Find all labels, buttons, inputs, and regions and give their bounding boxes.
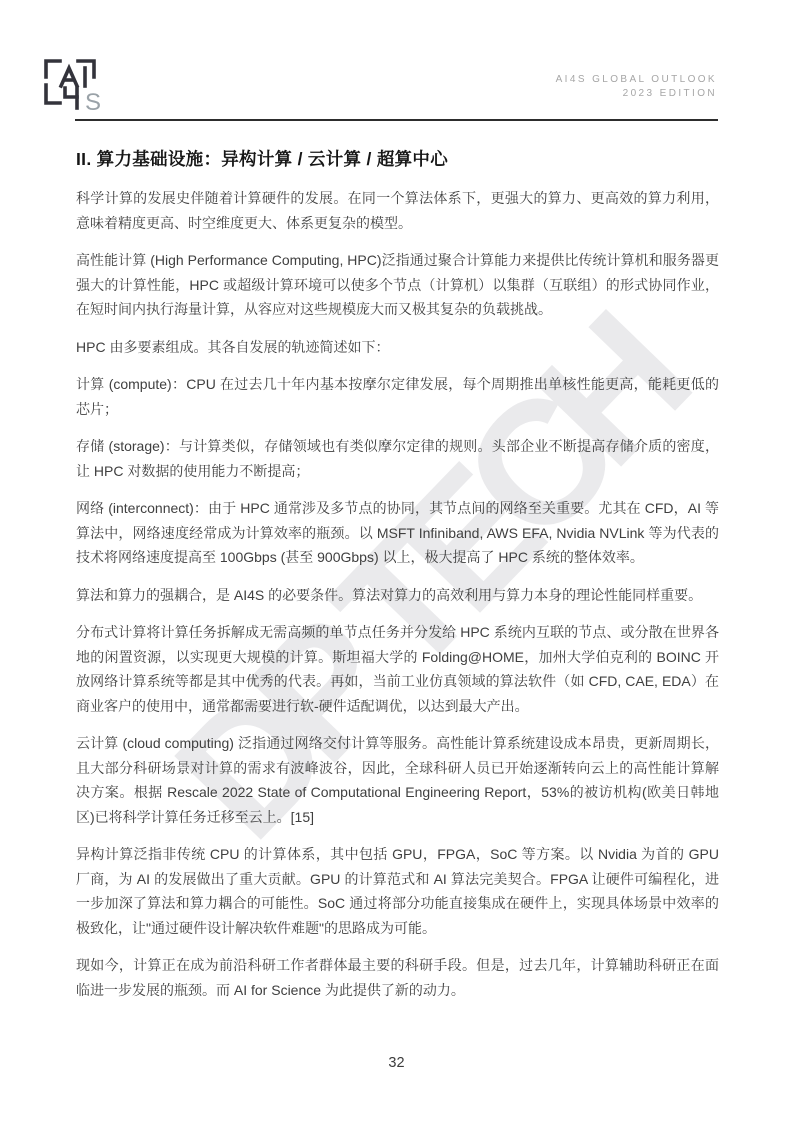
svg-text:S: S <box>85 89 101 111</box>
header-divider <box>75 119 718 121</box>
paragraph: 计算 (compute)：CPU 在过去几十年内基本按摩尔定律发展，每个周期推出… <box>76 372 719 421</box>
paragraph: 高性能计算 (High Performance Computing, HPC)泛… <box>76 248 719 322</box>
paragraph: 存储 (storage)：与计算类似，存储领域也有类似摩尔定律的规则。头部企业不… <box>76 434 719 483</box>
paragraph: 分布式计算将计算任务拆解成无需高频的单节点任务并分发给 HPC 系统内互联的节点… <box>76 620 719 718</box>
paragraph: 算法和算力的强耦合，是 AI4S 的必要条件。算法对算力的高效利用与算力本身的理… <box>76 583 719 608</box>
section-title: II. 算力基础设施：异构计算 / 云计算 / 超算中心 <box>76 146 721 171</box>
page-number: 32 <box>0 1055 793 1071</box>
paragraph: 科学计算的发展史伴随着计算硬件的发展。在同一个算法体系下，更强大的算力、更高效的… <box>76 186 719 235</box>
header-edition-label: 2023 EDITION <box>556 87 717 101</box>
document-page: DP TECH S AI4S GLOBAL OUTLOOK 2023 EDITI… <box>0 0 793 1122</box>
header-meta: AI4S GLOBAL OUTLOOK 2023 EDITION <box>556 73 717 101</box>
paragraph: HPC 由多要素组成。其各自发展的轨迹简述如下： <box>76 335 719 360</box>
paragraph: 异构计算泛指非传统 CPU 的计算体系，其中包括 GPU，FPGA，SoC 等方… <box>76 842 719 940</box>
paragraph: 网络 (interconnect)：由于 HPC 通常涉及多节点的协同，其节点间… <box>76 496 719 570</box>
header-outlook-label: AI4S GLOBAL OUTLOOK <box>556 73 717 87</box>
ai4s-logo-icon: S <box>42 57 110 111</box>
paragraph: 现如今，计算正在成为前沿科研工作者群体最主要的科研手段。但是，过去几年，计算辅助… <box>76 953 719 1002</box>
paragraph: 云计算 (cloud computing) 泛指通过网络交付计算等服务。高性能计… <box>76 731 719 829</box>
body-text: 科学计算的发展史伴随着计算硬件的发展。在同一个算法体系下，更强大的算力、更高效的… <box>76 186 719 1015</box>
